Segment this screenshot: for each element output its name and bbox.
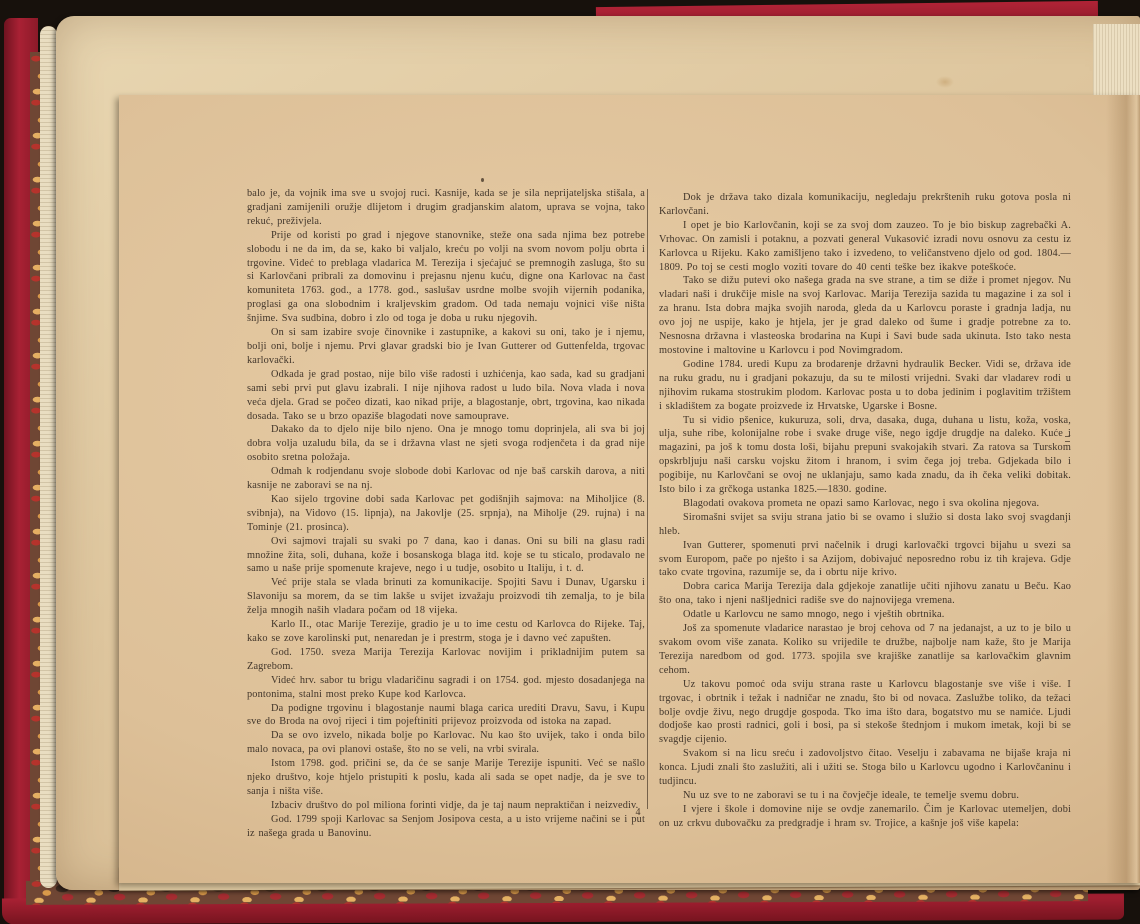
paragraph: On si sam izabire svoje činovnike i zast… bbox=[247, 326, 645, 368]
paragraph: Karlo II., otac Marije Terezije, gradio … bbox=[247, 618, 645, 646]
paragraph: Godine 1784. uredi Kupu za brodarenje dr… bbox=[659, 358, 1071, 414]
paragraph: Uz takovu pomoć oda sviju strana raste u… bbox=[659, 678, 1071, 748]
page-curl-shading bbox=[1106, 95, 1140, 883]
paragraph: Tu si vidio pšenice, kukuruza, soli, drv… bbox=[659, 414, 1071, 497]
paragraph: Izbaciv društvo do pol miliona forinti v… bbox=[247, 799, 645, 813]
paragraph: Tako se dižu putevi oko našega grada na … bbox=[659, 274, 1071, 357]
paragraph: Dok je država tako dizala komunikaciju, … bbox=[659, 191, 1071, 219]
paragraph: Kao sijelo trgovine dobi sada Karlovac p… bbox=[247, 493, 645, 535]
paragraph: Svakom si na licu sreću i zadovoljstvo č… bbox=[659, 747, 1071, 789]
foxing-stain bbox=[936, 76, 954, 88]
print-speck bbox=[481, 178, 484, 182]
paragraph: Nu uz sve to ne zaboravi se tu i na čovj… bbox=[659, 789, 1071, 803]
paragraph: I opet je bio Karlovčanin, koji se za sv… bbox=[659, 219, 1071, 275]
paragraph: Odmah k rodjendanu svoje slobode dobi Ka… bbox=[247, 465, 645, 493]
paragraph: Da se ovo izvelo, nikada bolje po Karlov… bbox=[247, 729, 645, 757]
paragraph: God. 1750. sveza Marija Terezija Karlova… bbox=[247, 646, 645, 674]
paragraph: Ivan Gutterer, spomenuti prvi načelnik i… bbox=[659, 539, 1071, 581]
paragraph: Da podigne trgovinu i blagostanje naumi … bbox=[247, 702, 645, 730]
paragraph: Dakako da to djelo nije bilo njeno. Ona … bbox=[247, 423, 645, 465]
paragraph: Istom 1798. god. pričini se, da će se sa… bbox=[247, 757, 645, 799]
printed-page: balo je, da vojnik ima sve u svojoj ruci… bbox=[119, 95, 1140, 883]
paragraph: Odkada je grad postao, nije bilo više ra… bbox=[247, 368, 645, 424]
paragraph: Siromašni svijet sa sviju strana jatio b… bbox=[659, 511, 1071, 539]
text-column-right: Dok je država tako dizala komunikaciju, … bbox=[659, 191, 1071, 831]
page-edges-left bbox=[40, 26, 57, 888]
paragraph: balo je, da vojnik ima sve u svojoj ruci… bbox=[247, 187, 645, 229]
paragraph: God. 1799 spoji Karlovac sa Senjom Josip… bbox=[247, 813, 645, 841]
paragraph: Još za spomenute vladarice narastao je b… bbox=[659, 622, 1071, 678]
book-scan-photo: balo je, da vojnik ima sve u svojoj ruci… bbox=[0, 0, 1140, 924]
text-column-left: balo je, da vojnik ima sve u svojoj ruci… bbox=[247, 187, 645, 841]
paragraph: Blagodati ovakova prometa ne opazi samo … bbox=[659, 497, 1071, 511]
paragraph: Odatle u Karlovcu ne samo mnogo, nego i … bbox=[659, 608, 1071, 622]
page-number: 4 bbox=[627, 807, 649, 818]
paragraph: I vjere i škole i domovine nije se ovdje… bbox=[659, 803, 1071, 831]
paragraph: Ovi sajmovi trajali su svaki po 7 dana, … bbox=[247, 535, 645, 577]
paragraph: Prije od koristi po grad i njegove stano… bbox=[247, 229, 645, 326]
paragraph: Videć hrv. sabor tu brigu vladaričinu sa… bbox=[247, 674, 645, 702]
paragraph: Već prije stala se vlada brinuti za komu… bbox=[247, 576, 645, 618]
paragraph: Dobra carica Marija Terezija dala gdjeko… bbox=[659, 580, 1071, 608]
column-divider bbox=[647, 189, 648, 809]
